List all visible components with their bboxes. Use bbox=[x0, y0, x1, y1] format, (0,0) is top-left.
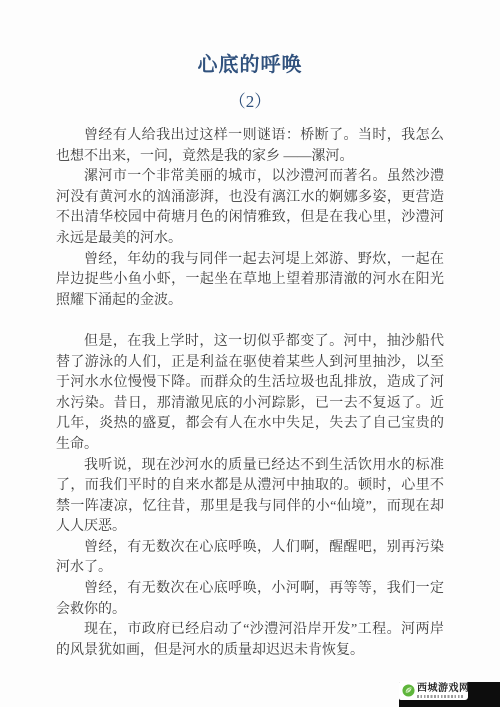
site-url-microtext bbox=[417, 695, 463, 698]
watermark-overlay: 西城游戏网 bbox=[399, 682, 500, 707]
leaf-badge-icon bbox=[402, 684, 415, 697]
document-title: 心底的呼唤 bbox=[0, 52, 500, 78]
paragraph: 曾经，有无数次在心底呼唤，人们啊，醒醒吧，别再污染河水了。 bbox=[56, 538, 444, 579]
blank-line-spacer bbox=[56, 311, 444, 332]
part-number: （2） bbox=[0, 91, 500, 113]
paragraph: 但是，在我上学时，这一切似乎都变了。河中，抽沙船代替了游泳的人们，正是利益在驱使… bbox=[56, 332, 444, 456]
watermark-text-column: 西城游戏网 bbox=[417, 683, 470, 698]
document-page: 心底的呼唤 （2） 曾经有人给我出过这样一则谜语：桥断了。当时，我怎么也想不出来… bbox=[0, 0, 500, 707]
site-name: 西城游戏网 bbox=[417, 683, 470, 694]
paragraph: 曾经有人给我出过这样一则谜语：桥断了。当时，我怎么也想不出来，一问，竟然是我的家… bbox=[56, 126, 444, 167]
document-body: 曾经有人给我出过这样一则谜语：桥断了。当时，我怎么也想不出来，一问，竟然是我的家… bbox=[56, 126, 444, 661]
paragraph: 曾经，有无数次在心底呼唤，小河啊，再等等，我们一定会救你的。 bbox=[56, 579, 444, 620]
watermark-badge: 西城游戏网 bbox=[399, 681, 468, 700]
paragraph: 我听说，现在沙河水的质量已经达不到生活饮用水的标准了，而我们平时的自来水都是从澧… bbox=[56, 456, 444, 538]
paragraph: 现在，市政府已经启动了“沙澧河沿岸开发”工程。河两岸的风景犹如画，但是河水的质量… bbox=[56, 620, 444, 661]
paragraph: 曾经，年幼的我与同伴一起去河堤上郊游、野炊，一起在岸边捉些小鱼小虾，一起坐在草地… bbox=[56, 250, 444, 312]
paragraph: 漯河市一个非常美丽的城市，以沙澧河而著名。虽然沙澧河没有黄河水的汹涌澎湃，也没有… bbox=[56, 167, 444, 249]
